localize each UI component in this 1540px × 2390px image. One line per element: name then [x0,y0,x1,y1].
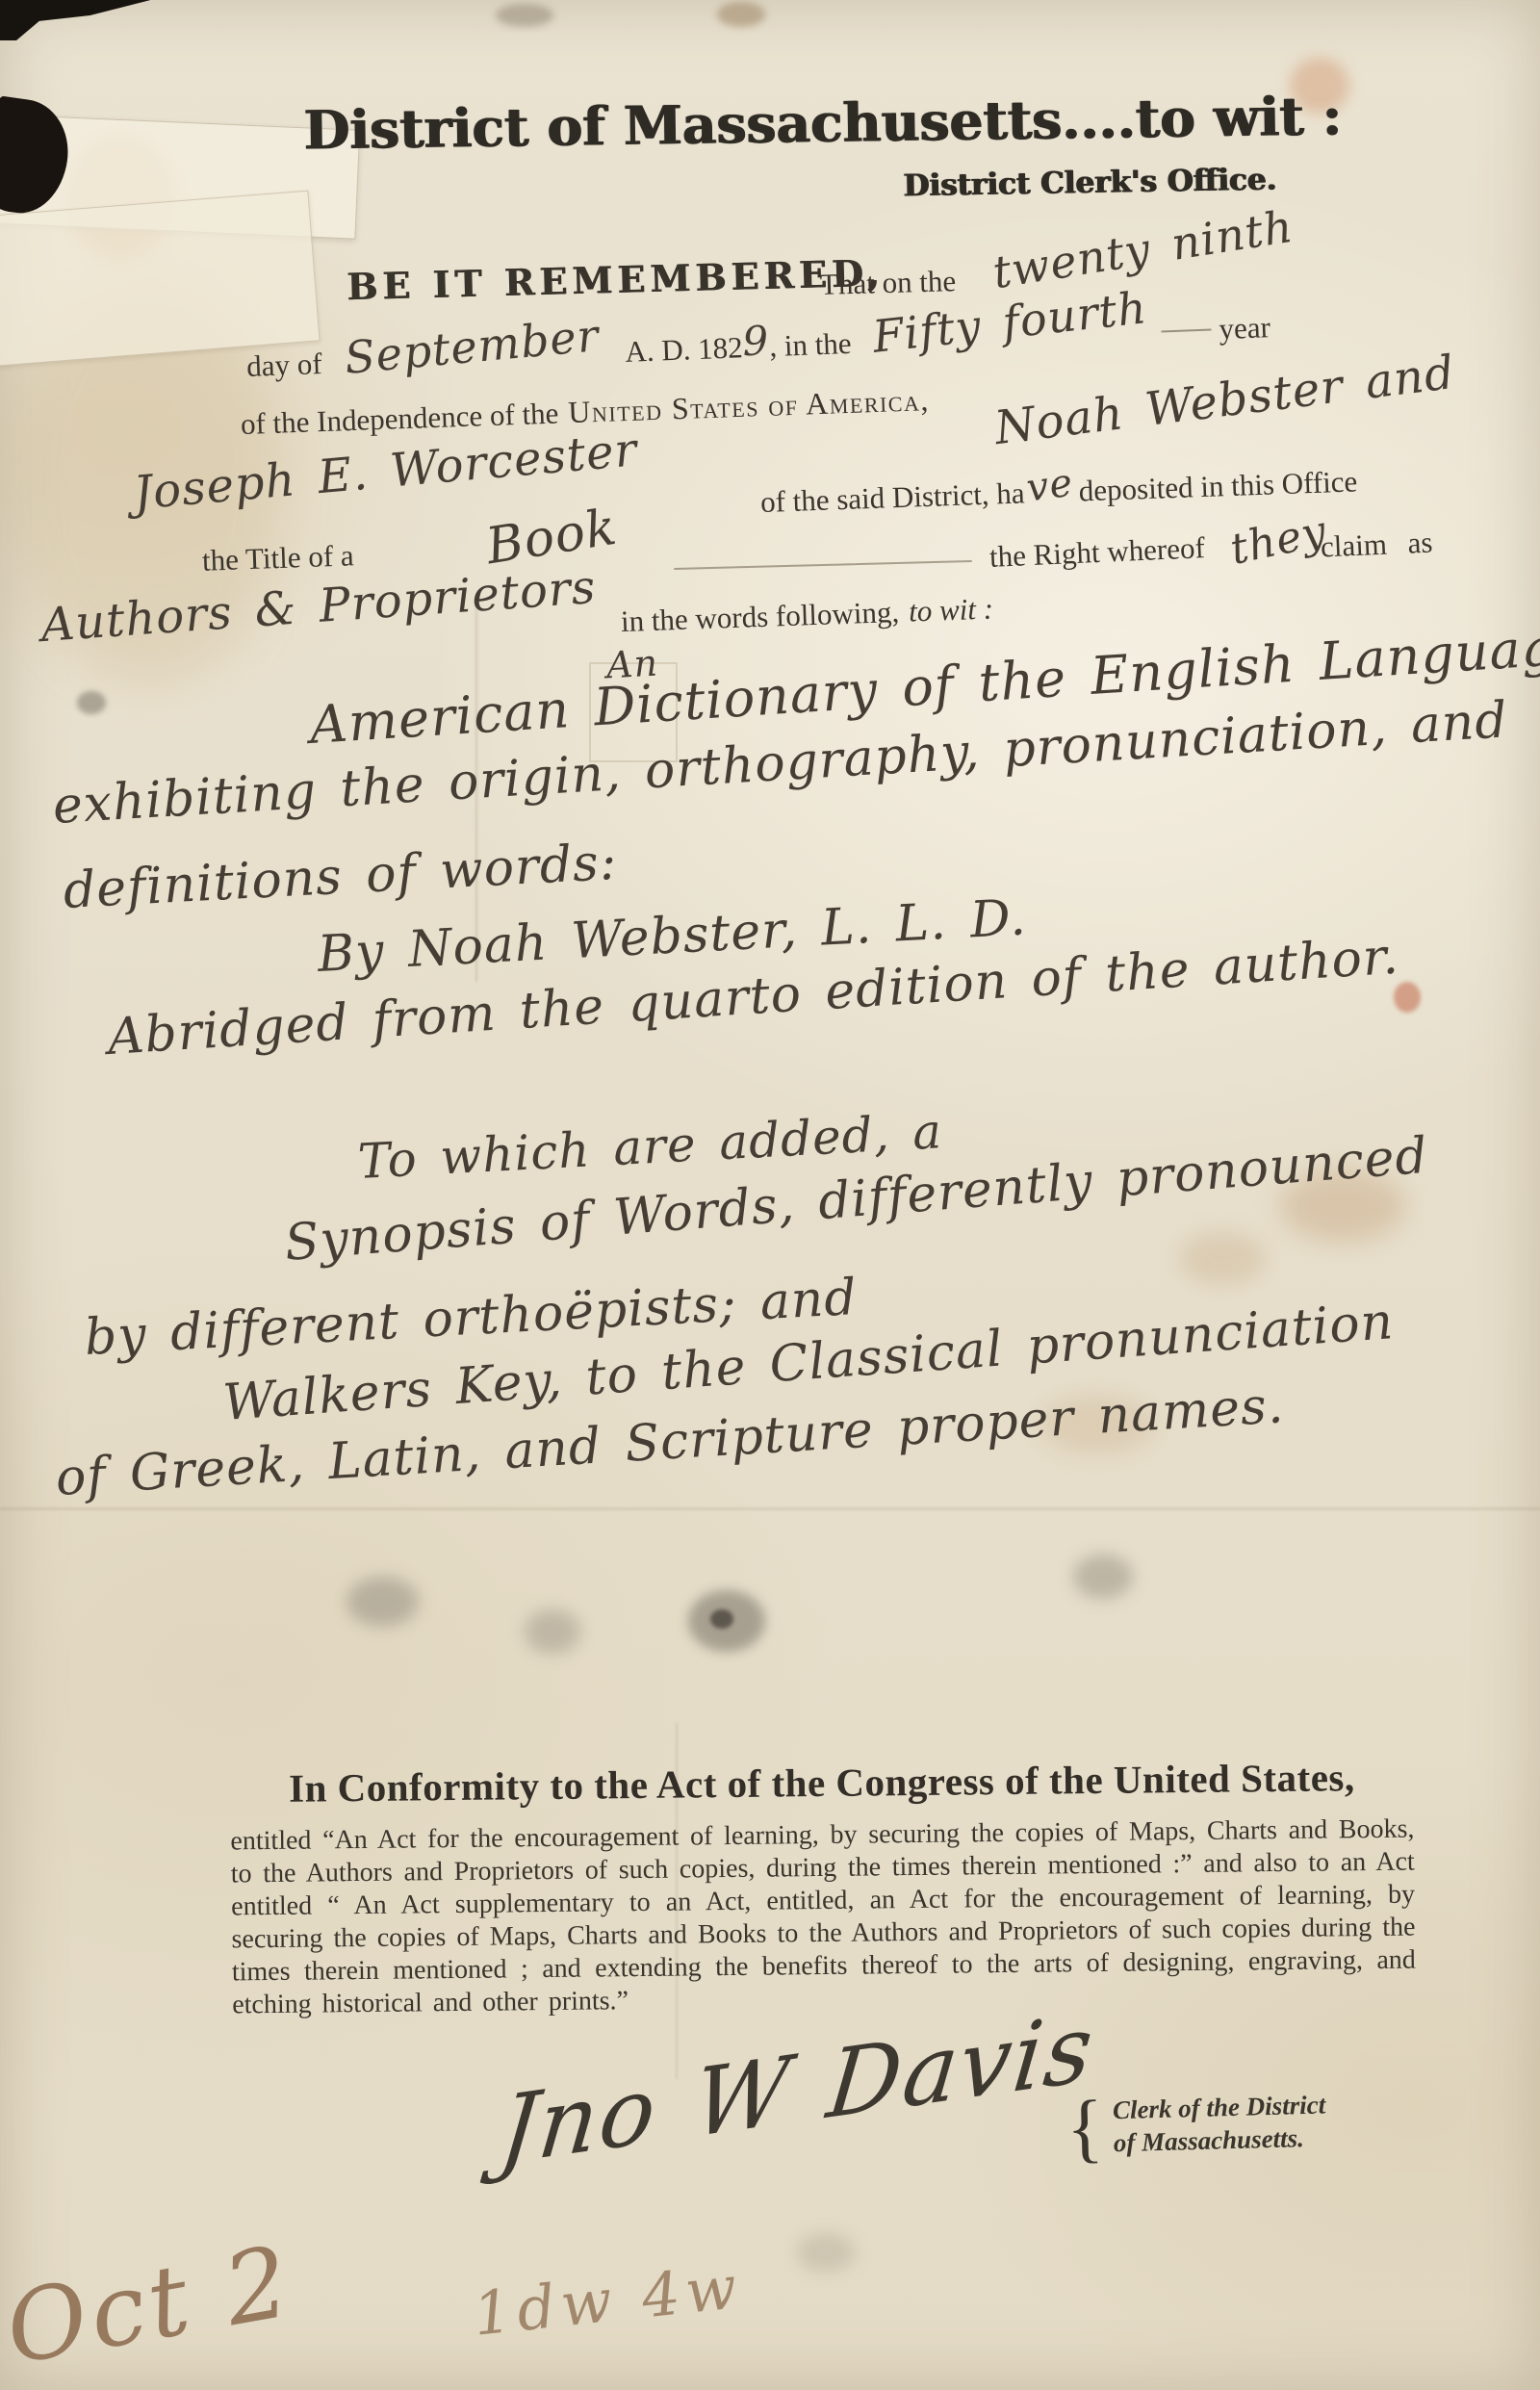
stain [717,2,765,27]
day-of-label: day of [246,347,323,384]
duty-annotation: 1dw 4w [470,2251,746,2350]
conformity-body: entitled “An Act for the encouragement o… [230,1813,1416,2022]
document-title: District of Massachusetts....to wit : [303,84,1342,161]
words-following-text: in the words following, [620,595,899,639]
date-annotation: Oct 2 [0,2224,301,2387]
month-written: September [343,309,602,384]
ad-label: A. D. 182 [625,330,744,370]
ink-smudge [797,2233,855,2272]
title-entry-line: definitions of words: [62,834,618,920]
year-digit-written: 9 [741,317,770,365]
conformity-heading: In Conformity to the Act of the Congress… [230,1754,1414,1812]
ruled-line [674,560,972,570]
stain [1394,982,1421,1013]
ink-smudge [688,1590,765,1652]
that-on-the: That on the [820,264,957,302]
deposited-text: deposited in this Office [1078,464,1358,508]
torn-corner [0,95,75,219]
in-the-label: , in the [769,326,853,364]
brace-glyph: { [1065,2090,1104,2168]
stain [1179,1232,1266,1285]
right-whereof-label: the Right whereof [988,530,1205,575]
words-following-line: in the words following, to wit : [620,591,993,638]
ink-smudge [710,1609,733,1629]
clerk-title-block: { Clerk of the District of Massachusetts… [1065,2083,1327,2167]
copyright-deposit-document: District of Massachusetts....to wit : Di… [0,0,1540,2390]
names-written-1: Noah Webster and [991,346,1457,455]
title-of-a-label: the Title of a [201,538,354,578]
they-written: they [1226,506,1331,575]
stain [67,135,173,260]
ve-written: ve [1023,460,1075,510]
ink-smudge [77,691,106,714]
district-ha-text: of the said District, ha [759,475,1025,520]
year-word: year [1219,310,1271,347]
clerk-signature: Jno W Davis [495,1992,1099,2186]
ink-smudge [1073,1555,1133,1599]
crease [0,1507,1540,1510]
claim-as-label: claim as [1320,525,1433,564]
clerk-office-line: District Clerk's Office. [903,163,1276,204]
to-wit-text: to wit : [909,591,994,629]
clerk-title-line2: of Massachusetts. [1113,2121,1326,2160]
deposited-line: of the said District, ha ve deposited in… [759,456,1358,522]
stain [496,4,553,27]
be-it-remembered: BE IT REMEMBERED, [346,251,885,309]
ruled-line [1161,328,1211,332]
ink-smudge [346,1577,419,1627]
torn-corner [0,0,164,40]
conformity-statement: In Conformity to the Act of the Congress… [230,1754,1417,2022]
date-line: day of September A. D. 182 9 , in the Fi… [245,296,1271,387]
ink-smudge [525,1609,580,1654]
